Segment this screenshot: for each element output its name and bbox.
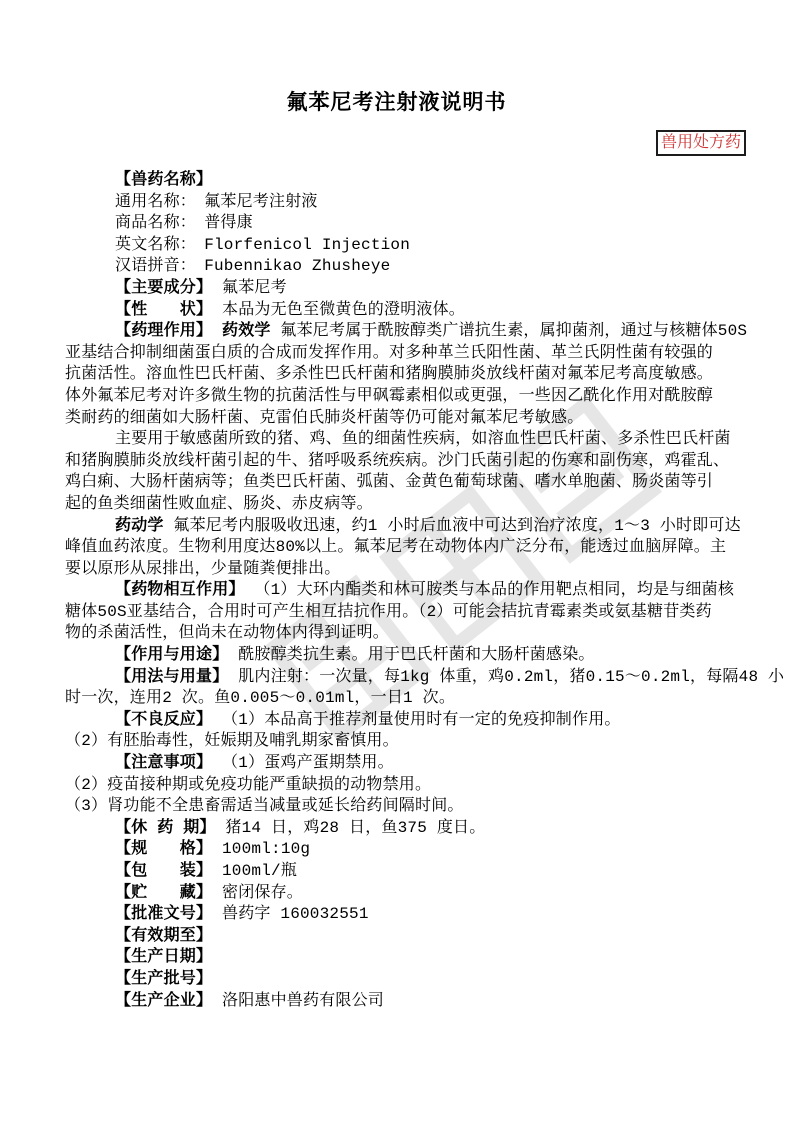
text-line: 【主要成分】 氟苯尼考 (65, 278, 749, 300)
text-line: 【规 格】 100ml:10g (65, 839, 749, 861)
text-line: 主要用于敏感菌所致的猪、鸡、鱼的细菌性疾病，如溶血性巴氏杆菌、多杀性巴氏杆菌 (65, 429, 749, 451)
text-line: 【药理作用】 药效学 氟苯尼考属于酰胺醇类广谱抗生素，属抑菌剂，通过与核糖体50… (65, 321, 749, 343)
text-line: 商品名称： 普得康 (65, 213, 749, 235)
text-line: 【批准文号】 兽药字 160032551 (65, 904, 749, 926)
leaflet-page: 氟苯尼考注射液说明书 兽用处方药 【兽药名称】通用名称： 氟苯尼考注射液商品名称… (0, 0, 793, 1122)
text-line: 起的鱼类细菌性败血症、肠炎、赤皮病等。 (65, 494, 749, 516)
text-line: 【生产企业】 洛阳惠中兽药有限公司 (65, 991, 749, 1013)
text-line: 【不良反应】 （1）本品高于推荐剂量使用时有一定的免疫抑制作用。 (65, 710, 749, 732)
text-line: 【生产日期】 (65, 947, 749, 969)
text-line: 要以原形从尿排出，少量随粪便排出。 (65, 559, 749, 581)
text-line: 【有效期至】 (65, 926, 749, 948)
text-line: 通用名称： 氟苯尼考注射液 (65, 192, 749, 214)
text-line: 鸡白痢、大肠杆菌病等；鱼类巴氏杆菌、弧菌、金黄色葡萄球菌、嗜水单胞菌、肠炎菌等引 (65, 472, 749, 494)
text-line: （2）疫苗接种期或免疫功能严重缺损的动物禁用。 (65, 775, 749, 797)
text-line: 药动学 氟苯尼考内服吸收迅速，约1 小时后血液中可达到治疗浓度，1～3 小时即可… (65, 516, 749, 538)
veterinary-prescription-badge: 兽用处方药 (656, 130, 746, 156)
text-line: 【休 药 期】 猪14 日，鸡28 日，鱼375 度日。 (65, 818, 749, 840)
page-title: 氟苯尼考注射液说明书 (0, 86, 793, 116)
text-line: 【用法与用量】 肌内注射：一次量，每1kg 体重，鸡0.2ml，猪0.15～0.… (65, 667, 749, 689)
text-line: 类耐药的细菌如大肠杆菌、克雷伯氏肺炎杆菌等仍可能对氟苯尼考敏感。 (65, 408, 749, 430)
text-line: 体外氟苯尼考对许多微生物的抗菌活性与甲砜霉素相似或更强，一些因乙酰化作用对酰胺醇 (65, 386, 749, 408)
text-line: 【生产批号】 (65, 969, 749, 991)
text-line: 【包 装】 100ml/瓶 (65, 861, 749, 883)
text-line: 【兽药名称】 (65, 170, 749, 192)
text-line: 【作用与用途】 酰胺醇类抗生素。用于巴氏杆菌和大肠杆菌感染。 (65, 645, 749, 667)
text-line: 英文名称： Florfenicol Injection (65, 235, 749, 257)
text-line: （3）肾功能不全患畜需适当减量或延长给药间隔时间。 (65, 796, 749, 818)
text-line: 时一次，连用2 次。鱼0.005～0.01ml，一日1 次。 (65, 688, 749, 710)
text-line: 糖体50S亚基结合，合用时可产生相互拮抗作用。（2）可能会拮抗青霉素类或氨基糖苷… (65, 602, 749, 624)
text-line: 【注意事项】 （1）蛋鸡产蛋期禁用。 (65, 753, 749, 775)
text-line: 和猪胸膜肺炎放线杆菌引起的牛、猪呼吸系统疾病。沙门氏菌引起的伤寒和副伤寒，鸡霍乱… (65, 451, 749, 473)
text-line: （2）有胚胎毒性，妊娠期及哺乳期家畜慎用。 (65, 731, 749, 753)
text-line: 【性 状】 本品为无色至微黄色的澄明液体。 (65, 300, 749, 322)
text-line: 峰值血药浓度。生物利用度达80%以上。氟苯尼考在动物体内广泛分布，能透过血脑屏障… (65, 537, 749, 559)
text-line: 抗菌活性。溶血性巴氏杆菌、多杀性巴氏杆菌和猪胸膜肺炎放线杆菌对氟苯尼考高度敏感。 (65, 364, 749, 386)
text-line: 物的杀菌活性，但尚未在动物体内得到证明。 (65, 623, 749, 645)
text-line: 【药物相互作用】 （1）大环内酯类和林可胺类与本品的作用靶点相同，均是与细菌核 (65, 580, 749, 602)
text-line: 【贮 藏】 密闭保存。 (65, 883, 749, 905)
text-line: 亚基结合抑制细菌蛋白质的合成而发挥作用。对多种革兰氏阳性菌、革兰氏阴性菌有较强的 (65, 343, 749, 365)
document-body: 【兽药名称】通用名称： 氟苯尼考注射液商品名称： 普得康英文名称： Florfe… (65, 170, 749, 1012)
text-line: 汉语拼音： Fubennikao Zhusheye (65, 256, 749, 278)
